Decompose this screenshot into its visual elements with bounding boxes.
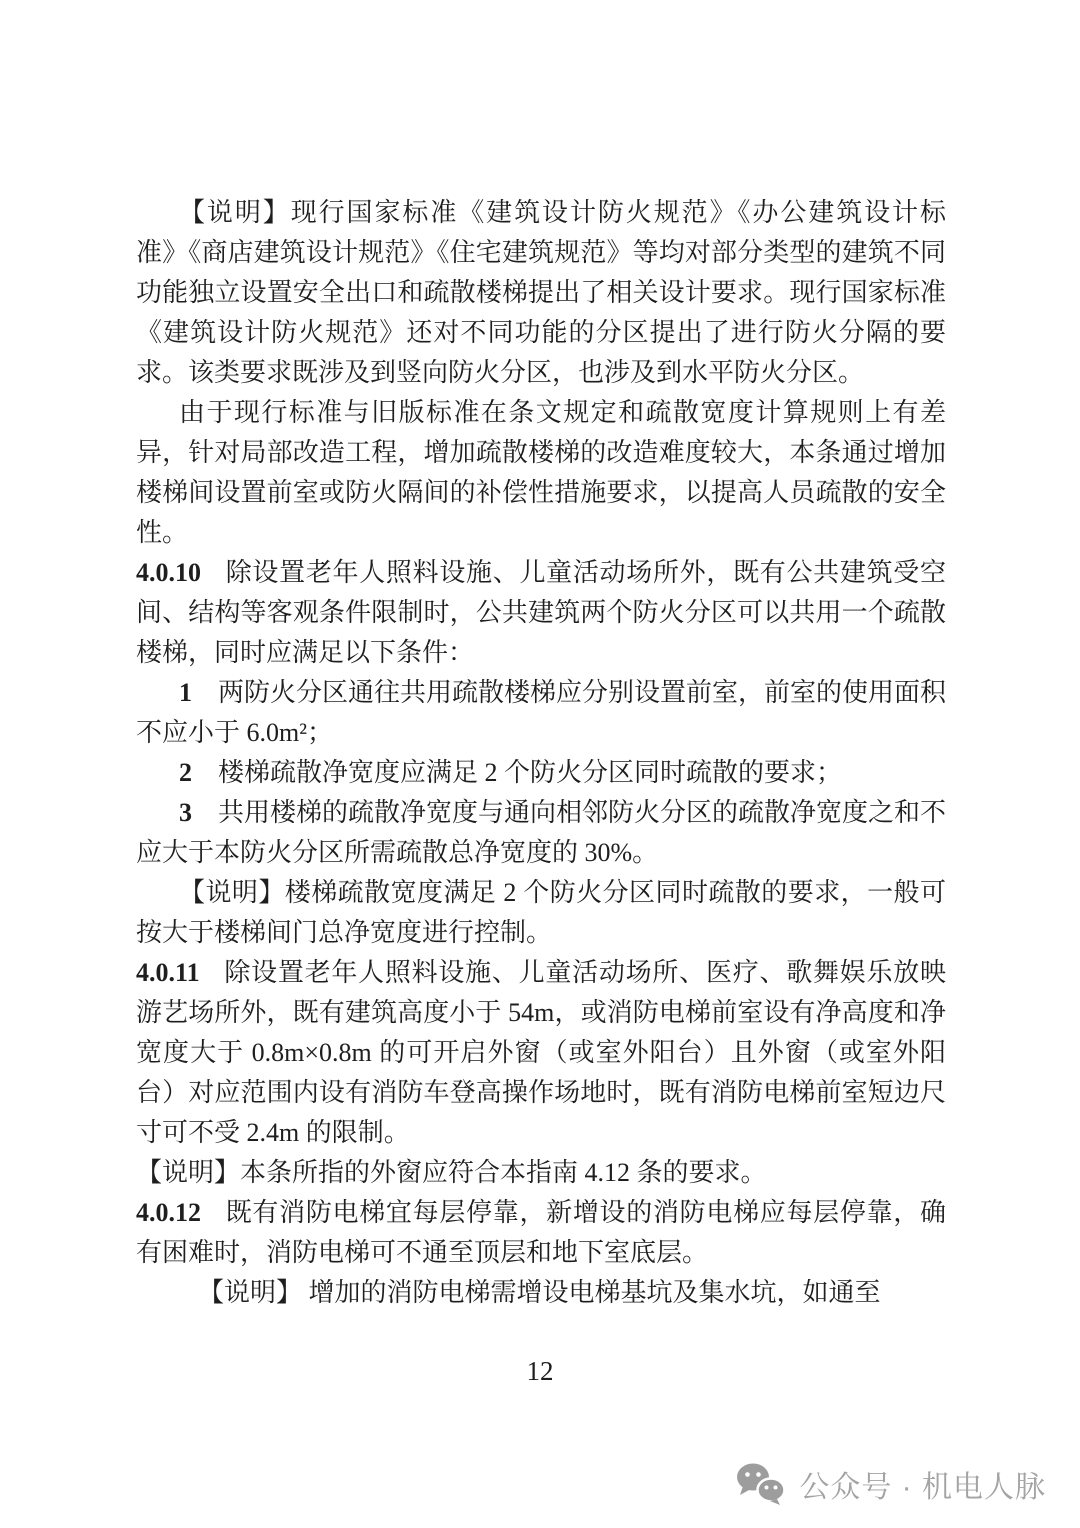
note-paragraph-window: 【说明】本条所指的外窗应符合本指南 4.12 条的要求。 <box>136 1153 946 1193</box>
clause-4-0-10: 4.0.10除设置老年人照料设施、儿童活动场所外，既有公共建筑受空间、结构等客观… <box>136 553 946 673</box>
note-paragraph-stair-width: 【说明】楼梯疏散宽度满足 2 个防火分区同时疏散的要求，一般可按大于楼梯间门总净… <box>136 873 946 953</box>
wechat-icon <box>735 1462 787 1506</box>
clause-number: 4.0.11 <box>136 958 224 987</box>
list-item-2: 2楼梯疏散净宽度应满足 2 个防火分区同时疏散的要求； <box>136 753 946 793</box>
watermark-label: 公众号 · 机电人脉 <box>799 1462 1046 1506</box>
note-text: 【说明】现行国家标准《建筑设计防火规范》《办公建筑设计标准》《商店建筑设计规范》… <box>136 198 946 387</box>
page-number: 12 <box>0 1356 1080 1387</box>
note-paragraph-retrofit: 由于现行标准与旧版标准在条文规定和疏散宽度计算规则上有差异，针对局部改造工程，增… <box>136 393 946 553</box>
item-text: 楼梯疏散净宽度应满足 2 个防火分区同时疏散的要求； <box>218 758 842 787</box>
note-text: 【说明】 增加的消防电梯需增设电梯基坑及集水坑，如通至 <box>198 1278 881 1307</box>
note-paragraph-functions: 【说明】现行国家标准《建筑设计防火规范》《办公建筑设计标准》《商店建筑设计规范》… <box>136 193 946 393</box>
clause-number: 4.0.12 <box>136 1198 225 1227</box>
clause-4-0-12: 4.0.12既有消防电梯宜每层停靠，新增设的消防电梯应每层停靠，确有困难时，消防… <box>136 1193 946 1273</box>
item-text: 共用楼梯的疏散净宽度与通向相邻防火分区的疏散净宽度之和不应大于本防火分区所需疏散… <box>136 798 946 867</box>
item-text: 两防火分区通往共用疏散楼梯应分别设置前室，前室的使用面积不应小于 6.0m²； <box>136 678 946 747</box>
note-paragraph-elevator: 【说明】 增加的消防电梯需增设电梯基坑及集水坑，如通至 <box>136 1273 946 1313</box>
list-item-1: 1两防火分区通往共用疏散楼梯应分别设置前室，前室的使用面积不应小于 6.0m²； <box>136 673 946 753</box>
clause-4-0-11: 4.0.11除设置老年人照料设施、儿童活动场所、医疗、歌舞娱乐放映游艺场所外，既… <box>136 953 946 1153</box>
item-number: 3 <box>179 798 218 827</box>
clause-text: 除设置老年人照料设施、儿童活动场所、医疗、歌舞娱乐放映游艺场所外，既有建筑高度小… <box>136 958 946 1147</box>
item-number: 1 <box>179 678 218 707</box>
clause-number: 4.0.10 <box>136 558 225 587</box>
watermark-badge: 公众号 · 机电人脉 <box>735 1462 1046 1506</box>
clause-text: 既有消防电梯宜每层停靠，新增设的消防电梯应每层停靠，确有困难时，消防电梯可不通至… <box>136 1198 946 1267</box>
note-text: 由于现行标准与旧版标准在条文规定和疏散宽度计算规则上有差异，针对局部改造工程，增… <box>136 398 946 547</box>
item-number: 2 <box>179 758 218 787</box>
document-page: 【说明】现行国家标准《建筑设计防火规范》《办公建筑设计标准》《商店建筑设计规范》… <box>0 0 1080 1528</box>
note-text: 【说明】楼梯疏散宽度满足 2 个防火分区同时疏散的要求，一般可按大于楼梯间门总净… <box>136 878 946 947</box>
document-body: 【说明】现行国家标准《建筑设计防火规范》《办公建筑设计标准》《商店建筑设计规范》… <box>136 193 946 1313</box>
note-text: 【说明】本条所指的外窗应符合本指南 4.12 条的要求。 <box>136 1158 767 1187</box>
list-item-3: 3共用楼梯的疏散净宽度与通向相邻防火分区的疏散净宽度之和不应大于本防火分区所需疏… <box>136 793 946 873</box>
clause-text: 除设置老年人照料设施、儿童活动场所外，既有公共建筑受空间、结构等客观条件限制时，… <box>136 558 946 667</box>
